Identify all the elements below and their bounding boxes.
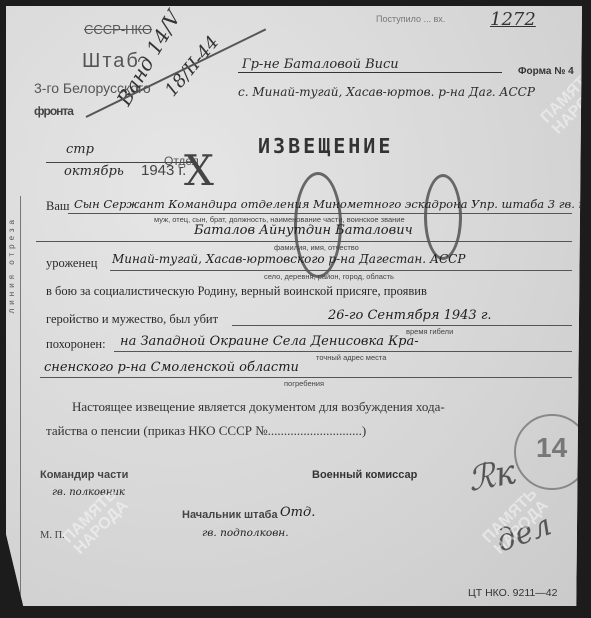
issue-year: 1943 г. [141, 162, 186, 179]
issue-month: октябрь [64, 164, 124, 179]
name-caption: фамилия, имя, отчество [274, 243, 359, 252]
chief-of-staff-signature: Отд. [280, 505, 315, 520]
burial-value-line-2: сненского р-на Смоленской области [44, 360, 299, 375]
pension-text-line-2: тайства о пенсии (приказ НКО СССР №.....… [46, 423, 566, 439]
native-caption: село, деревня, район, город, область [264, 272, 394, 281]
burial-caption-2: погребения [284, 379, 324, 388]
death-date-value: 26-го Сентября 1943 г. [328, 308, 492, 323]
document-title: ИЗВЕЩЕНИЕ [258, 134, 393, 158]
underline [110, 270, 572, 271]
strike-line [86, 28, 267, 117]
cut-line [20, 196, 21, 606]
signature-scrawl: ℛк [465, 452, 519, 500]
round-stamp: 14 [514, 414, 590, 490]
commander-label: Командир части [40, 469, 128, 481]
underline [114, 351, 572, 352]
underline [68, 213, 572, 214]
chief-of-staff-rank: гв. подполковн. [202, 527, 289, 539]
cut-line-label: линия отреза [7, 216, 19, 313]
underline [232, 325, 572, 326]
large-loop-mark-2 [424, 174, 462, 260]
underline [36, 241, 572, 242]
document-sheet: линия отреза СССР-НКО Штаб 3-го Белорусс… [6, 6, 582, 606]
name-value: Баталов Айнутдин Баталович [194, 223, 413, 238]
archive-received-stamp: Поступило ... вх. [376, 14, 445, 24]
form-number: Форма № 4 [518, 66, 574, 77]
addressee-address: с. Минай-тугай, Хасав-юртов. р-на Даг. А… [238, 85, 578, 99]
burial-value-line-1: на Западной Окраине Села Денисовка Кра- [120, 334, 419, 349]
relation-value: Сын Сержант Командира отделения Минометн… [74, 197, 591, 211]
stamp-line-1: СССР-НКО [84, 22, 152, 37]
underline [40, 377, 572, 378]
addressee-name: Гр-не Баталовой Виси [238, 57, 502, 73]
commissar-label: Военный комиссар [312, 469, 417, 481]
body-text-line-1: в бою за социалистическую Родину, верный… [46, 284, 566, 299]
round-stamp-number: 14 [536, 432, 567, 464]
burial-caption-1: точный адрес места [316, 353, 386, 362]
pension-text-line-1: Настоящее извещение является документом … [72, 399, 591, 415]
form-print-code: ЦТ НКО. 9211—42 [468, 587, 557, 599]
stamp-line-4: фронта [34, 104, 73, 118]
year-text: 1943 [141, 162, 174, 179]
x-mark: X [184, 146, 214, 195]
archive-number: 1272 [490, 9, 536, 30]
native-value: Минай-тугай, Хасав-юртовского р-на Дагес… [112, 252, 465, 266]
department-value: стр [66, 142, 94, 157]
chief-of-staff-label: Начальник штаба [182, 509, 278, 521]
